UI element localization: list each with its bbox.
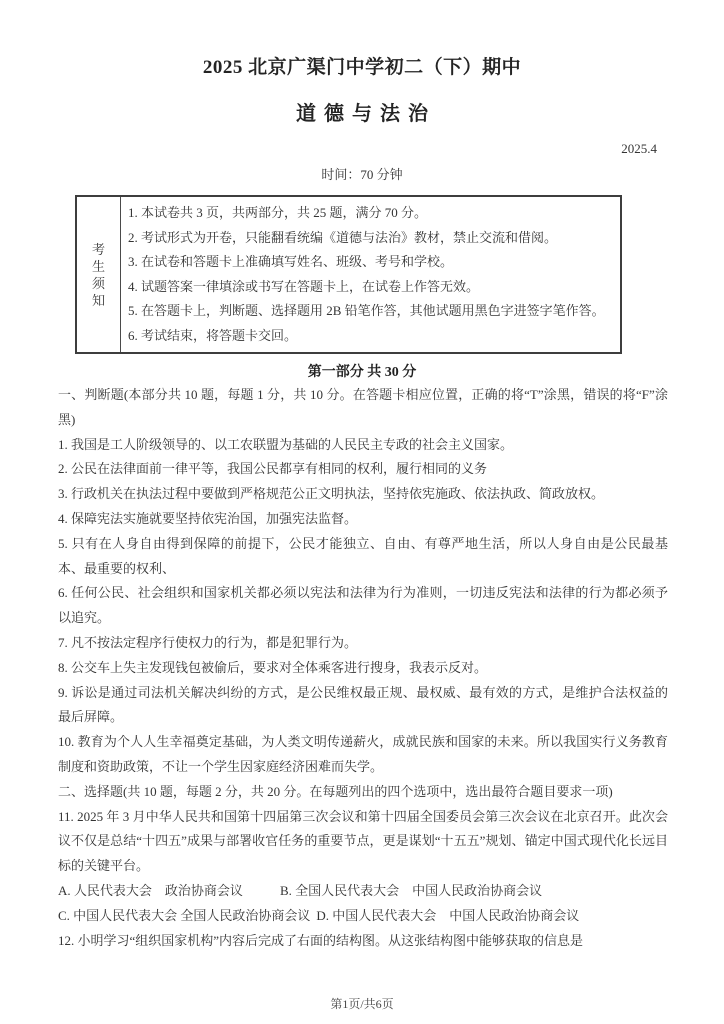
judgment-question-9: 9. 诉讼是通过司法机关解决纠纷的方式，是公民维权最正规、最权威、最有效的方式，…	[58, 681, 668, 731]
judgment-question-3: 3. 行政机关在执法过程中要做到严格规范公正文明执法，坚持依宪施政、依法执政、简…	[58, 482, 668, 507]
q11-options-row-1: A. 人民代表大会 政治协商会议 B. 全国人民代表大会 中国人民政治协商会议	[58, 879, 668, 904]
notice-label: 考生须知	[92, 241, 106, 309]
page-subtitle: 道德与法治	[0, 97, 724, 126]
notice-label-cell: 考生须知	[77, 197, 121, 352]
judgment-question-4: 4. 保障宪法实施就要坚持依宪治国，加强宪法监督。	[58, 507, 668, 532]
q11-options-row-2: C. 中国人民代表大会 全国人民政治协商会议 D. 中国人民代表大会 中国人民政…	[58, 904, 668, 929]
notice-item-6: 6. 考试结束，将答题卡交回。	[128, 324, 612, 349]
notice-item-4: 4. 试题答案一律填涂或书写在答题卡上，在试卷上作答无效。	[128, 275, 612, 300]
candidate-notice-box: 考生须知 1. 本试卷共 3 页，共两部分，共 25 题，满分 70 分。 2.…	[75, 195, 622, 354]
notice-item-3: 3. 在试卷和答题卡上准确填写姓名、班级、考号和学校。	[128, 250, 612, 275]
exam-paper-page: 2025 北京广渠门中学初二（下）期中 道德与法治 2025.4 时间：70 分…	[0, 0, 724, 1024]
judgment-section-intro: 一、判断题(本部分共 10 题，每题 1 分，共 10 分。在答题卡相应位置，正…	[58, 383, 668, 433]
judgment-question-7: 7. 凡不按法定程序行使权力的行为，都是犯罪行为。	[58, 631, 668, 656]
notice-item-5: 5. 在答题卡上，判断题、选择题用 2B 铅笔作答，其他试题用黑色字进签字笔作答…	[128, 299, 612, 324]
q11-option-c: C. 中国人民代表大会 全国人民政治协商会议	[58, 904, 316, 929]
judgment-question-6: 6. 任何公民、社会组织和国家机关都必须以宪法和法律为行为准则，一切违反宪法和法…	[58, 581, 668, 631]
exam-body: 一、判断题(本部分共 10 题，每题 1 分，共 10 分。在答题卡相应位置，正…	[0, 381, 724, 953]
choice-question-11-stem: 11. 2025 年 3 月中华人民共和国第十四届第三次会议和第十四届全国委员会…	[58, 805, 668, 879]
part1-heading: 第一部分 共 30 分	[0, 361, 724, 381]
q11-option-a: A. 人民代表大会 政治协商会议	[58, 879, 280, 904]
notice-item-2: 2. 考试形式为开卷，只能翻看统编《道德与法治》教材，禁止交流和借阅。	[128, 226, 612, 251]
judgment-question-5: 5. 只有在人身自由得到保障的前提下，公民才能独立、自由、有尊严地生活，所以人身…	[58, 532, 668, 582]
judgment-question-8: 8. 公交车上失主发现钱包被偷后，要求对全体乘客进行搜身，我表示反对。	[58, 656, 668, 681]
exam-date: 2025.4	[0, 141, 724, 157]
exam-duration: 时间：70 分钟	[0, 164, 724, 183]
notice-item-1: 1. 本试卷共 3 页，共两部分，共 25 题，满分 70 分。	[128, 201, 612, 226]
choice-question-12-stem: 12. 小明学习“组织国家机构”内容后完成了右面的结构图。从这张结构图中能够获取…	[58, 929, 668, 954]
q11-option-b: B. 全国人民代表大会 中国人民政治协商会议	[280, 879, 542, 904]
notice-items: 1. 本试卷共 3 页，共两部分，共 25 题，满分 70 分。 2. 考试形式…	[121, 197, 620, 352]
judgment-question-1: 1. 我国是工人阶级领导的、以工农联盟为基础的人民民主专政的社会主义国家。	[58, 433, 668, 458]
choice-section-intro: 二、选择题(共 10 题，每题 2 分，共 20 分。在每题列出的四个选项中，选…	[58, 780, 668, 805]
page-number: 第1页/共6页	[0, 995, 724, 1012]
page-title: 2025 北京广渠门中学初二（下）期中	[0, 0, 724, 79]
judgment-question-10: 10. 教育为个人人生幸福奠定基础，为人类文明传递薪火，成就民族和国家的未来。所…	[58, 730, 668, 780]
q11-option-d: D. 中国人民代表大会 中国人民政治协商会议	[316, 904, 579, 929]
judgment-question-2: 2. 公民在法律面前一律平等，我国公民都享有相同的权利，履行相同的义务	[58, 457, 668, 482]
